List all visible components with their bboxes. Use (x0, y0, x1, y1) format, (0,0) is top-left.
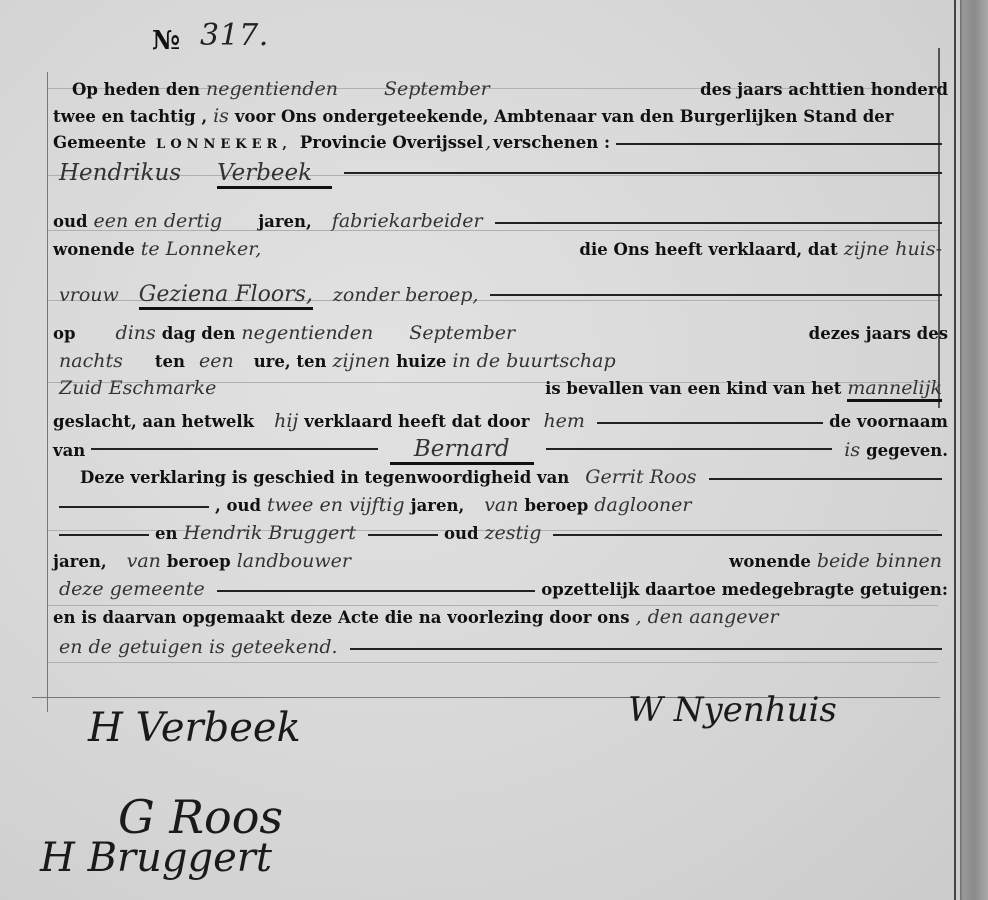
handwritten-text: is (844, 439, 860, 461)
handwritten-text: , den aangever (635, 606, 778, 628)
text-line-12: van Bernard is gegeven. (53, 436, 948, 462)
handwritten-mother-occupation: zonder beroep, (333, 284, 479, 306)
text-line-19: en de getuigen is geteekend. (53, 636, 948, 662)
text-line-13: Deze verklaring is geschied in tegenwoor… (80, 466, 948, 492)
blank-line (59, 506, 209, 508)
handwritten-text: van (127, 550, 161, 572)
text-line-5: oud een en dertig jaren, fabriekarbeider (53, 210, 948, 236)
text-line-14: , oud twee en vijftig jaren, van beroep … (53, 494, 948, 520)
handwritten-witness2-age: zestig (485, 522, 542, 544)
ruled-line (48, 662, 938, 663)
text-line-11: geslacht, aan hetwelk hij verklaard heef… (53, 410, 948, 436)
printed-text: op (53, 324, 76, 343)
printed-text: wonende (53, 240, 135, 259)
text-line-6: wonende te Lonneker, die Ons heeft verkl… (53, 238, 948, 264)
handwritten-pronoun: hij (274, 410, 298, 432)
certificate-number: 317. (200, 18, 269, 53)
printed-text: , oud (215, 496, 261, 515)
printed-text: wonende (729, 552, 811, 571)
municipality-name: LONNEKER, (156, 137, 292, 152)
handwritten-month: September (409, 322, 515, 344)
handwritten-comma: , (485, 131, 491, 153)
handwritten-witness2-name: Hendrik Bruggert (184, 522, 357, 544)
handwritten-residence: te Lonneker, (141, 238, 262, 260)
text-line-7: vrouw Geziena Floors, zonder beroep, (53, 282, 948, 308)
text-line-18: en is daarvan opgemaakt deze Acte die na… (53, 606, 948, 632)
printed-text: jaren, (53, 552, 107, 571)
handwritten-age: een en dertig (94, 210, 223, 232)
printed-text: Op heden den (72, 80, 200, 99)
text-line-16: jaren, van beroep landbouwer wonende bei… (53, 550, 948, 576)
blank-line (546, 448, 833, 450)
blank-line (490, 294, 942, 296)
handwritten-correction: is (213, 105, 229, 127)
printed-text: beroep (167, 552, 231, 571)
printed-text: beroep (525, 496, 589, 515)
printed-text: jaren, (411, 496, 465, 515)
handwritten-child-name: Bernard (390, 436, 534, 465)
handwritten-witness1-name: Gerrit Roos (585, 466, 696, 488)
text-line-15: en Hendrik Bruggert oud zestig (53, 522, 948, 548)
handwritten-weekday: dins (116, 322, 156, 344)
handwritten-text: vrouw (59, 284, 119, 306)
blank-line (217, 590, 536, 592)
handwritten-day: negentienden (241, 322, 373, 344)
printed-text: geslacht, aan hetwelk (53, 412, 254, 431)
printed-text: verklaard heeft dat door (304, 412, 529, 431)
text-line-17: deze gemeente opzettelijk daartoe medege… (53, 578, 948, 604)
blank-line (709, 478, 942, 480)
printed-text: Gemeente (53, 133, 146, 152)
text-line-3: Gemeente LONNEKER, Provincie Overijssel … (53, 131, 948, 157)
printed-text: dag den (162, 324, 236, 343)
printed-text: dezes jaars des (809, 324, 948, 343)
printed-text: opzettelijk daartoe medegebragte getuige… (541, 580, 948, 599)
handwritten-witness2-occupation: landbouwer (237, 550, 351, 572)
blank-line (350, 648, 942, 650)
handwritten-occupation: fabriekarbeider (332, 210, 483, 232)
page-edge (960, 0, 988, 900)
text-line-10: Zuid Eschmarke is bevallen van een kind … (53, 377, 948, 403)
frame-left-rule (47, 72, 48, 712)
handwritten-closing: en de getuigen is geteekend. (59, 636, 338, 658)
handwritten-father-firstname: Hendrikus (59, 160, 181, 186)
printed-text: voor Ons ondergeteekende, Ambtenaar van … (235, 107, 894, 126)
printed-text: ten (155, 352, 185, 371)
blank-line (597, 422, 823, 424)
handwritten-day: negentienden (206, 78, 338, 100)
handwritten-month: September (384, 78, 490, 100)
handwritten-text: zijnen (332, 350, 390, 372)
signature-witness2: H Bruggert (40, 835, 272, 881)
blank-line (368, 534, 438, 536)
text-line-4: Hendrikus Verbeek (53, 160, 948, 186)
blank-line (91, 448, 378, 450)
printed-text: oud (444, 524, 479, 543)
text-line-1: Op heden den negentienden September des … (72, 78, 948, 104)
printed-text: en is daarvan opgemaakt deze Acte die na… (53, 608, 629, 627)
text-line-8: op dins dag den negentienden September d… (53, 322, 948, 348)
printed-text: de voornaam (829, 412, 948, 431)
handwritten-witness1-age: twee en vijftig (267, 494, 405, 516)
printed-text: van (53, 441, 85, 460)
printed-text: des jaars achttien honderd (700, 80, 948, 99)
blank-line (495, 222, 942, 224)
printed-text: is bevallen van een kind van het (545, 379, 841, 398)
printed-text: twee en tachtig , (53, 107, 207, 126)
handwritten-hour: een (199, 350, 234, 372)
handwritten-time-of-day: nachts (59, 350, 123, 372)
text-line-2: twee en tachtig , is voor Ons ondergetee… (53, 105, 948, 131)
printed-text: en (155, 524, 178, 543)
handwritten-pronoun: hem (543, 410, 585, 432)
handwritten-residence: beide binnen (817, 550, 942, 572)
printed-text: jaren, (258, 212, 312, 231)
blank-line (553, 534, 942, 536)
handwritten-text: zijne huis- (844, 238, 942, 260)
blank-line (59, 534, 149, 536)
blank-line (616, 143, 942, 145)
frame-outer-rule (954, 0, 956, 900)
handwritten-hamlet: Zuid Eschmarke (59, 377, 216, 399)
handwritten-witness1-occupation: daglooner (594, 494, 691, 516)
handwritten-text: van (484, 494, 518, 516)
signature-declarant: H Verbeek (88, 705, 301, 751)
handwritten-sex: mannelijk (847, 377, 942, 402)
printed-text: huize (396, 352, 446, 371)
printed-text: verschenen : (493, 133, 610, 152)
printed-text: ure, ten (254, 352, 327, 371)
printed-text: Deze verklaring is geschied in tegenwoor… (80, 468, 569, 487)
printed-text: die Ons heeft verklaard, dat (579, 240, 837, 259)
printed-text: Provincie Overijssel (300, 133, 483, 152)
printed-text: gegeven. (866, 441, 948, 460)
handwritten-residence: deze gemeente (59, 578, 205, 600)
handwritten-father-surname: Verbeek (217, 160, 332, 189)
certificate-number-label: № (152, 26, 180, 56)
blank-line (344, 172, 942, 174)
printed-text: oud (53, 212, 88, 231)
text-line-9: nachts ten een ure, ten zijnen huize in … (53, 350, 948, 376)
handwritten-mother-name: Geziena Floors, (139, 282, 313, 310)
handwritten-location: in de buurtschap (452, 350, 615, 372)
signature-official: W Nyenhuis (628, 690, 837, 730)
